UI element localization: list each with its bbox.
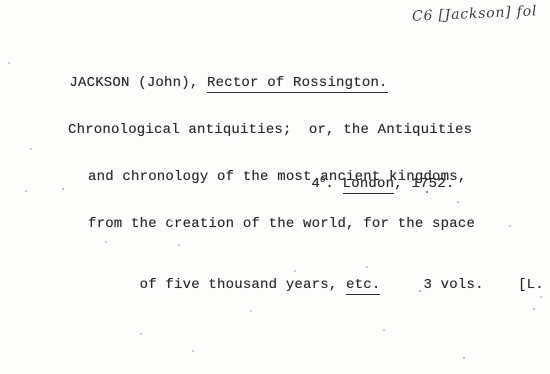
format-number: 4 [311, 176, 320, 192]
author-title-underlined: Rector of Rossington. [207, 75, 388, 93]
title-line-4: of five thousand years, etc. 3 vols. [L.… [88, 263, 550, 307]
volumes-and-pressmark: 3 vols. [L. I.] [380, 277, 550, 293]
imprint-place-underlined: London [343, 176, 395, 194]
handwritten-shelfmark: C6 [Jackson] fol [412, 3, 538, 24]
imprint-date: , 1752. [394, 176, 454, 192]
title-line-3: from the creation of the world, for the … [88, 217, 550, 232]
title-etc-underlined: etc. [346, 277, 380, 295]
scan-noise [0, 0, 2, 2]
author-name: JACKSON (John), [69, 75, 207, 91]
imprint-line: 4o. London, 1752. [277, 162, 454, 207]
title-paragraph: Chronological antiquities; or, the Antiq… [68, 91, 550, 340]
title-line-4-start: of five thousand years, [140, 277, 346, 293]
format-period: . [325, 176, 342, 192]
catalog-card: C6 [Jackson] fol JACKSON (John), Rector … [0, 0, 550, 374]
title-line-1: Chronological antiquities; or, the Antiq… [68, 123, 550, 138]
